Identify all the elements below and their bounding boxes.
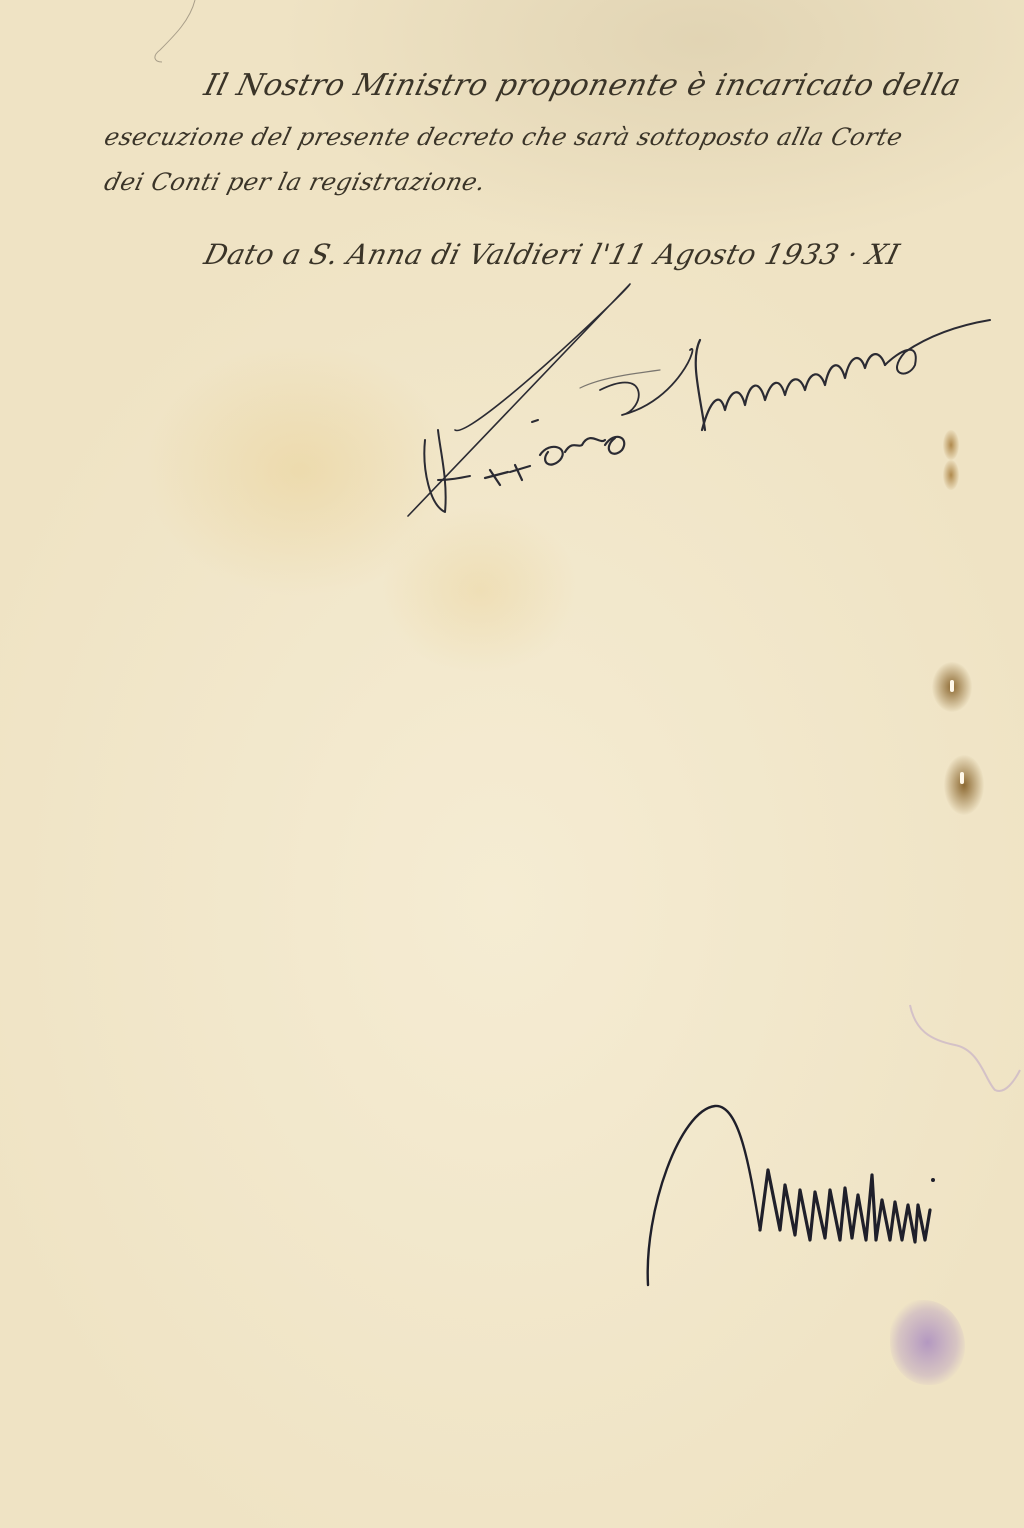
pin-hole (950, 680, 954, 692)
signature-mussolini: Mussolini (620, 1090, 1000, 1300)
stain (943, 460, 959, 490)
ink-stamp-smudge (890, 1300, 965, 1385)
pin-hole-stain (944, 755, 984, 815)
body-line-3: dei Conti per la registrazione. (102, 168, 489, 196)
document-page: Il Nostro Ministro proponente è incarica… (0, 0, 1024, 1528)
body-line-1: Il Nostro Ministro proponente è incarica… (201, 68, 965, 103)
signature-vittorio-emanuele: Vittorio Emanuele (400, 280, 1000, 520)
stain (943, 430, 959, 460)
pencil-mark (140, 0, 200, 75)
pin-hole (960, 772, 964, 784)
body-line-2: esecuzione del presente decreto che sarà… (102, 123, 906, 151)
date-line: Dato a S. Anna di Valdieri l'11 Agosto 1… (201, 238, 903, 271)
